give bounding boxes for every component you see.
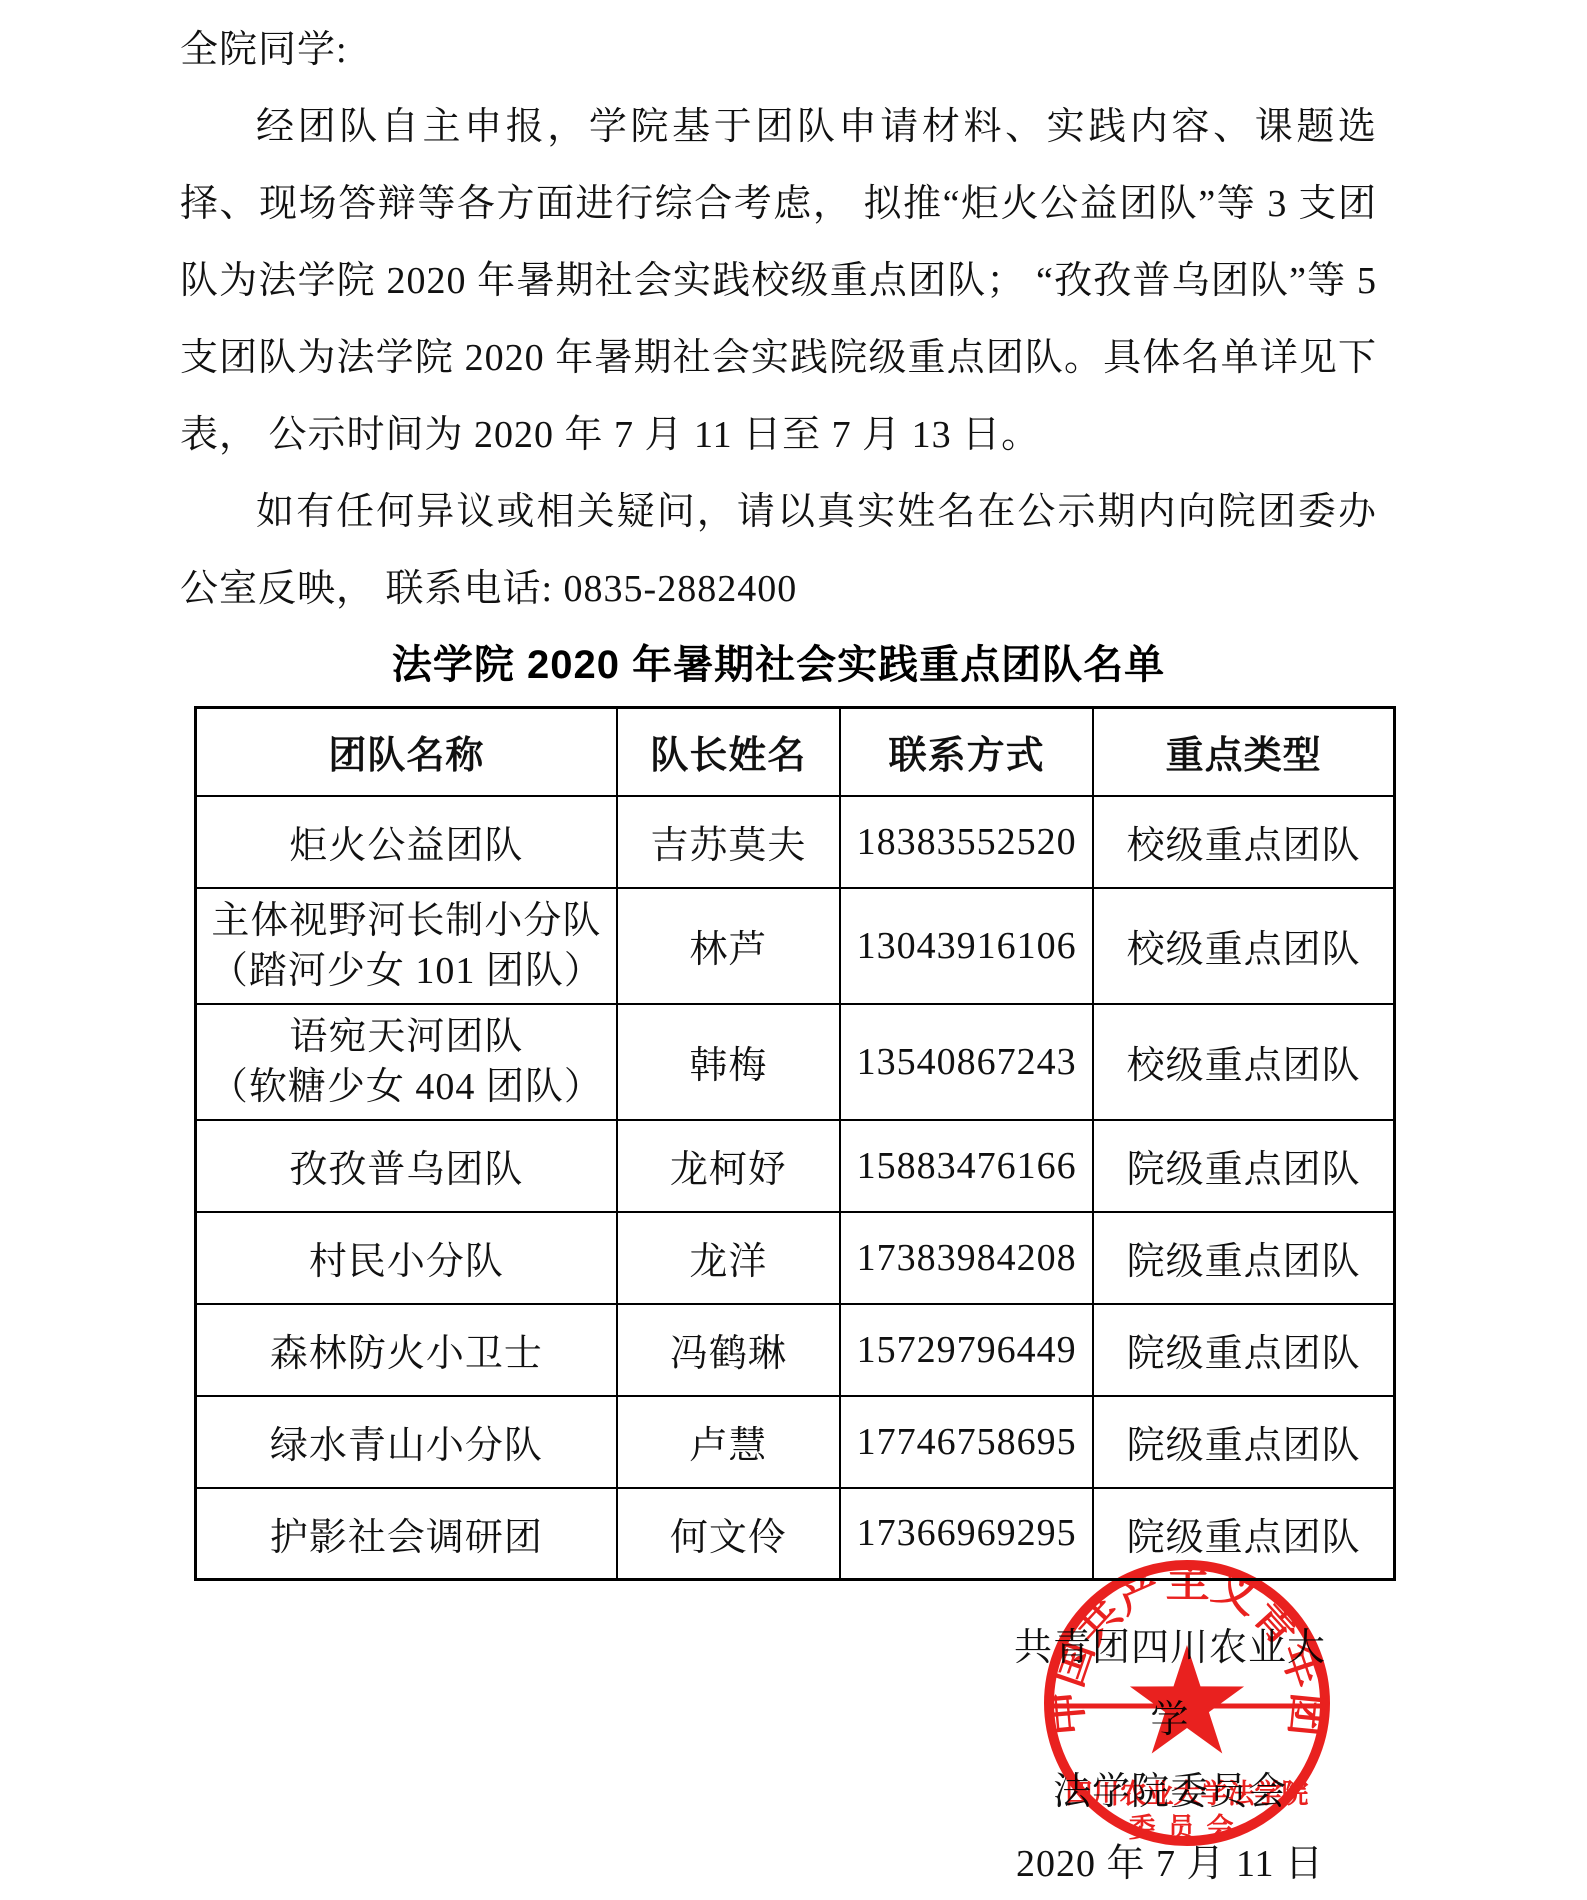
leader-cell: 龙洋 <box>617 1212 840 1304</box>
team-name-cell: 主体视野河长制小分队 （踏河少女 101 团队） <box>196 888 617 1004</box>
signature-org-line1: 共青团四川农业大学 <box>1000 1612 1340 1756</box>
leader-cell: 林芦 <box>617 888 840 1004</box>
leader-cell: 龙柯妤 <box>617 1120 840 1212</box>
leader-cell: 韩梅 <box>617 1004 840 1120</box>
team-name: 护影社会调研团 <box>203 1506 610 1561</box>
type-cell: 院级重点团队 <box>1093 1396 1394 1488</box>
type-cell: 院级重点团队 <box>1093 1212 1394 1304</box>
document-page: { "document": { "salutation": "全院同学:", "… <box>0 0 1587 1861</box>
phone-cell: 15883476166 <box>840 1120 1093 1212</box>
team-name-alt: （软糖少女 404 团队） <box>203 1062 610 1112</box>
phone-cell: 17366969295 <box>840 1488 1093 1580</box>
table-row: 主体视野河长制小分队 （踏河少女 101 团队） 林芦 13043916106 … <box>196 888 1395 1004</box>
team-name: 主体视野河长制小分队 <box>203 896 610 946</box>
header-contact: 联系方式 <box>840 708 1093 796</box>
type-cell: 院级重点团队 <box>1093 1304 1394 1396</box>
team-name-cell: 森林防火小卫士 <box>196 1304 617 1396</box>
team-name-cell: 护影社会调研团 <box>196 1488 617 1580</box>
type-cell: 校级重点团队 <box>1093 1004 1394 1120</box>
salutation: 全院同学: <box>180 12 1377 89</box>
type-cell: 院级重点团队 <box>1093 1488 1394 1580</box>
team-name: 绿水青山小分队 <box>203 1414 610 1469</box>
type-cell: 院级重点团队 <box>1093 1120 1394 1212</box>
team-name-cell: 村民小分队 <box>196 1212 617 1304</box>
teams-table: 团队名称 队长姓名 联系方式 重点类型 炬火公益团队 吉苏莫夫 18383552… <box>194 706 1396 1581</box>
signature-block: 共青团四川农业大学 法学院委员会 2020 年 7 月 11 日 <box>1000 1612 1340 1900</box>
leader-cell: 吉苏莫夫 <box>617 796 840 888</box>
phone-cell: 18383552520 <box>840 796 1093 888</box>
team-name-cell: 炬火公益团队 <box>196 796 617 888</box>
signature-date: 2020 年 7 月 11 日 <box>1000 1828 1340 1900</box>
phone-cell: 17746758695 <box>840 1396 1093 1488</box>
team-name-cell: 语宛天河团队 （软糖少女 404 团队） <box>196 1004 617 1120</box>
type-cell: 校级重点团队 <box>1093 796 1394 888</box>
team-name-cell: 孜孜普乌团队 <box>196 1120 617 1212</box>
leader-cell: 冯鹤琳 <box>617 1304 840 1396</box>
table-title: 法学院 2020 年暑期社会实践重点团队名单 <box>180 634 1377 696</box>
phone-cell: 13540867243 <box>840 1004 1093 1120</box>
signature-org-line2: 法学院委员会 <box>1000 1756 1340 1828</box>
team-name-alt: （踏河少女 101 团队） <box>203 946 610 996</box>
paragraph-contact: 如有任何异议或相关疑问，请以真实姓名在公示期内向院团委办公室反映， 联系电话: … <box>180 474 1377 628</box>
phone-cell: 13043916106 <box>840 888 1093 1004</box>
paragraph-announcement: 经团队自主申报，学院基于团队申请材料、实践内容、课题选择、现场答辩等各方面进行综… <box>180 89 1377 474</box>
phone-cell: 15729796449 <box>840 1304 1093 1396</box>
header-leader-name: 队长姓名 <box>617 708 840 796</box>
leader-cell: 何文伶 <box>617 1488 840 1580</box>
team-name: 孜孜普乌团队 <box>203 1138 610 1193</box>
team-name: 语宛天河团队 <box>203 1012 610 1062</box>
table-row: 村民小分队 龙洋 17383984208 院级重点团队 <box>196 1212 1395 1304</box>
table-row: 孜孜普乌团队 龙柯妤 15883476166 院级重点团队 <box>196 1120 1395 1212</box>
table-row: 护影社会调研团 何文伶 17366969295 院级重点团队 <box>196 1488 1395 1580</box>
phone-cell: 17383984208 <box>840 1212 1093 1304</box>
team-name: 森林防火小卫士 <box>203 1322 610 1377</box>
table-header-row: 团队名称 队长姓名 联系方式 重点类型 <box>196 708 1395 796</box>
table-row: 绿水青山小分队 卢慧 17746758695 院级重点团队 <box>196 1396 1395 1488</box>
table-row: 森林防火小卫士 冯鹤琳 15729796449 院级重点团队 <box>196 1304 1395 1396</box>
team-name: 炬火公益团队 <box>203 814 610 869</box>
leader-cell: 卢慧 <box>617 1396 840 1488</box>
header-key-type: 重点类型 <box>1093 708 1394 796</box>
team-name-cell: 绿水青山小分队 <box>196 1396 617 1488</box>
table-row: 语宛天河团队 （软糖少女 404 团队） 韩梅 13540867243 校级重点… <box>196 1004 1395 1120</box>
type-cell: 校级重点团队 <box>1093 888 1394 1004</box>
header-team-name: 团队名称 <box>196 708 617 796</box>
table-row: 炬火公益团队 吉苏莫夫 18383552520 校级重点团队 <box>196 796 1395 888</box>
document-body: 全院同学: 经团队自主申报，学院基于团队申请材料、实践内容、课题选择、现场答辩等… <box>180 12 1377 1581</box>
team-name: 村民小分队 <box>203 1230 610 1285</box>
